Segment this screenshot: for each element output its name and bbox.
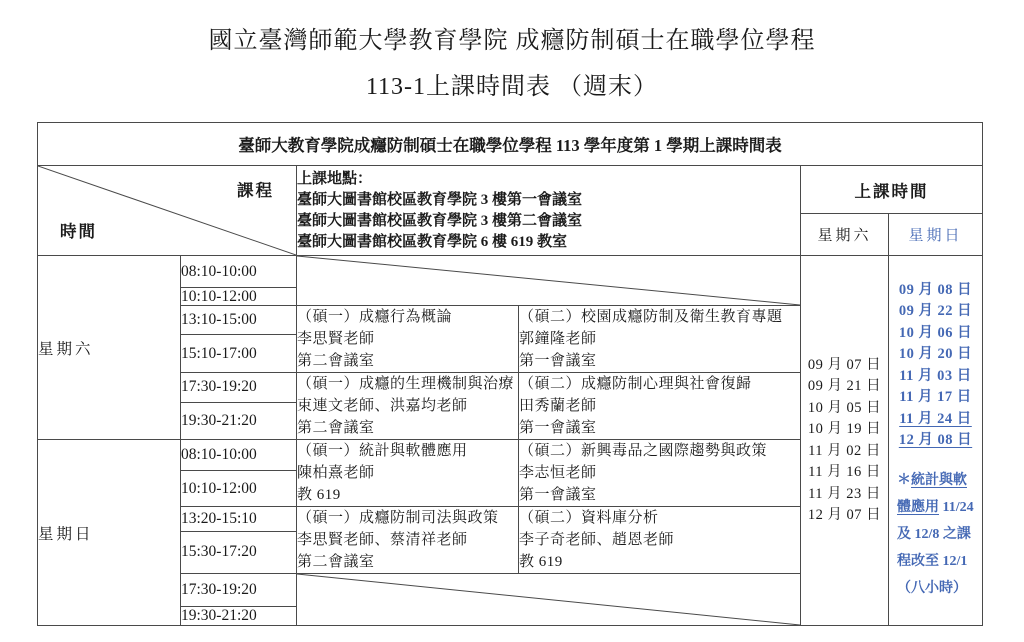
course-title: （碩一）成癮防制司法與政策	[297, 507, 518, 529]
time-cell: 17:30-19:20	[181, 373, 297, 403]
date-item: 11 月 23 日	[801, 484, 888, 506]
date-item: 11 月 03 日	[889, 366, 982, 388]
course-teacher: 李思賢老師、蔡清祥老師	[297, 529, 518, 551]
corner-time-label: 時間	[60, 218, 97, 242]
time-cell: 10:10-12:00	[181, 288, 297, 306]
course-title: （碩二）新興毒品之國際趨勢與政策	[519, 440, 800, 462]
date-item-underlined: 11 月 24 日	[889, 409, 982, 431]
sunday-column-header: 星期日	[889, 214, 983, 256]
class-time-header: 上課時間	[801, 166, 983, 214]
location-line: 臺師大圖書館校區教育學院 3 樓第二會議室	[297, 211, 800, 232]
course-title: （碩二）校園成癮防制及衛生教育專題	[519, 306, 800, 328]
course-title: （碩二）資料庫分析	[519, 507, 800, 529]
date-item: 09 月 21 日	[801, 376, 888, 398]
date-item-underlined: 12 月 08 日	[889, 430, 982, 452]
date-item: 10 月 05 日	[801, 398, 888, 420]
course-cell-sun-m2-afternoon: （碩二）資料庫分析 李子奇老師、趙恩老師 教 619	[519, 507, 801, 574]
date-item: 10 月 20 日	[889, 344, 982, 366]
course-room: 第二會議室	[297, 350, 518, 372]
diagonal-line	[297, 574, 800, 625]
time-cell: 13:10-15:00	[181, 306, 297, 335]
date-item: 09 月 07 日	[801, 355, 888, 377]
time-cell: 15:30-17:20	[181, 531, 297, 573]
sunday-dates: 09 月 08 日 09 月 22 日 10 月 06 日 10 月 20 日 …	[889, 256, 983, 626]
course-cell-sat-m2-afternoon: （碩二）校園成癮防制及衛生教育專題 郭鐘隆老師 第一會議室	[519, 306, 801, 373]
course-cell-sat-m1-evening: （碩一）成癮的生理機制與治療 束連文老師、洪嘉均老師 第二會議室	[297, 373, 519, 440]
course-room: 第一會議室	[519, 484, 800, 506]
course-title: （碩二）成癮防制心理與社會復歸	[519, 373, 800, 395]
empty-slot-cell	[297, 256, 801, 306]
corner-header-cell: 課程 時間	[38, 166, 297, 256]
course-teacher: 陳柏熹老師	[297, 462, 518, 484]
course-teacher: 李子奇老師、趙恩老師	[519, 529, 800, 551]
course-teacher: 李志恒老師	[519, 462, 800, 484]
date-item: 11 月 17 日	[889, 387, 982, 409]
time-cell: 15:10-17:00	[181, 335, 297, 373]
course-cell-sun-m1-morning: （碩一）統計與軟體應用 陳柏熹老師 教 619	[297, 440, 519, 507]
time-cell: 08:10-10:00	[181, 440, 297, 471]
saturday-column-header: 星期六	[801, 214, 889, 256]
saturday-dates: 09 月 07 日 09 月 21 日 10 月 05 日 10 月 19 日 …	[801, 256, 889, 626]
course-room: 第一會議室	[519, 417, 800, 439]
time-cell: 13:20-15:10	[181, 507, 297, 532]
course-title: （碩一）統計與軟體應用	[297, 440, 518, 462]
corner-course-label: 課程	[237, 177, 274, 201]
location-heading: 上課地點：	[297, 169, 800, 190]
doc-subtitle: 113-1上課時間表 （週末）	[0, 66, 1024, 101]
day-cell-sunday: 星期日	[38, 440, 181, 626]
location-line: 臺師大圖書館校區教育學院 3 樓第一會議室	[297, 190, 800, 211]
course-room: 教 619	[519, 551, 800, 573]
time-cell: 19:30-21:20	[181, 402, 297, 439]
date-item: 12 月 07 日	[801, 505, 888, 527]
course-teacher: 束連文老師、洪嘉均老師	[297, 395, 518, 417]
note-prefix: ＊	[897, 473, 911, 488]
date-item: 11 月 16 日	[801, 462, 888, 484]
date-item: 10 月 19 日	[801, 419, 888, 441]
date-item: 11 月 02 日	[801, 441, 888, 463]
time-cell: 17:30-19:20	[181, 574, 297, 607]
course-cell-sun-m2-morning: （碩二）新興毒品之國際趨勢與政策 李志恒老師 第一會議室	[519, 440, 801, 507]
course-cell-sun-m1-afternoon: （碩一）成癮防制司法與政策 李思賢老師、蔡清祥老師 第二會議室	[297, 507, 519, 574]
course-room: 第一會議室	[519, 350, 800, 372]
day-cell-saturday: 星期六	[38, 256, 181, 440]
date-item: 09 月 22 日	[889, 301, 982, 323]
course-title: （碩一）成癮行為概論	[297, 306, 518, 328]
course-room: 第二會議室	[297, 417, 518, 439]
time-cell: 08:10-10:00	[181, 256, 297, 288]
table-caption: 臺師大教育學院成癮防制碩士在職學位學程 113 學年度第 1 學期上課時間表	[38, 123, 983, 166]
course-room: 教 619	[297, 484, 518, 506]
course-teacher: 李思賢老師	[297, 328, 518, 350]
date-item: 09 月 08 日	[889, 280, 982, 302]
timetable: 臺師大教育學院成癮防制碩士在職學位學程 113 學年度第 1 學期上課時間表 課…	[37, 122, 983, 626]
date-item: 10 月 06 日	[889, 323, 982, 345]
location-cell: 上課地點： 臺師大圖書館校區教育學院 3 樓第一會議室 臺師大圖書館校區教育學院…	[297, 166, 801, 256]
diagonal-line	[297, 256, 800, 305]
location-line: 臺師大圖書館校區教育學院 6 樓 619 教室	[297, 232, 800, 253]
schedule-note: ＊統計與軟體應用 11/24 及 12/8 之課程改至 12/1 （八小時）	[889, 467, 982, 602]
course-teacher: 郭鐘隆老師	[519, 328, 800, 350]
course-title: （碩一）成癮的生理機制與治療	[297, 373, 518, 395]
time-cell: 10:10-12:00	[181, 471, 297, 507]
doc-title: 國立臺灣師範大學教育學院 成癮防制碩士在職學位學程	[0, 20, 1024, 55]
course-cell-sat-m1-afternoon: （碩一）成癮行為概論 李思賢老師 第二會議室	[297, 306, 519, 373]
course-cell-sat-m2-evening: （碩二）成癮防制心理與社會復歸 田秀蘭老師 第一會議室	[519, 373, 801, 440]
time-cell: 19:30-21:20	[181, 607, 297, 626]
course-room: 第二會議室	[297, 551, 518, 573]
empty-slot-cell	[297, 574, 801, 626]
course-teacher: 田秀蘭老師	[519, 395, 800, 417]
